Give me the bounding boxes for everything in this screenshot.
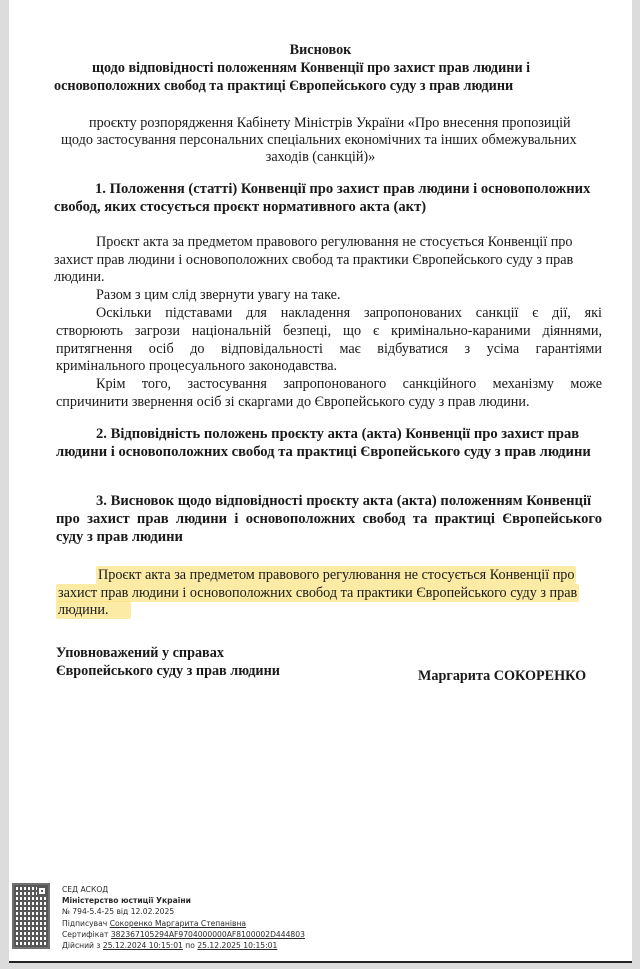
s1-p3-line-4: кримінального процесуального законодавст… <box>56 357 337 375</box>
highlighted-conclusion-line-3: людини. <box>56 601 131 619</box>
highlighted-conclusion-line-1: Проєкт акта за предметом правового регул… <box>96 566 576 584</box>
stamp-validity-row: Дійсний з 25.12.2024 10:15:01 по 25.12.2… <box>62 940 305 951</box>
stamp-certificate-label: Сертифікат <box>62 930 108 939</box>
section-1-heading-line-2: свобод, яких стосується проєкт нормативн… <box>54 198 426 216</box>
document-page: Висновок щодо відповідності положенням К… <box>9 0 632 963</box>
signatory-position-line-1: Уповноважений у справах <box>56 644 224 662</box>
section-2-heading-line-1: 2. Відповідність положень проєкту акта (… <box>96 425 579 443</box>
section-3-heading-line-1: 3. Висновок щодо відповідності проєкту а… <box>96 492 591 510</box>
stamp-valid-to: 25.12.2025 10:15:01 <box>197 941 277 950</box>
stamp-system: СЕД АСКОД <box>62 884 305 895</box>
project-line-2: щодо застосування персональних спеціальн… <box>61 131 577 149</box>
stamp-certificate-row: Сертифікат 382367105294AF9704000000AF810… <box>62 929 305 940</box>
stamp-organization: Міністерство юстиції України <box>62 895 305 906</box>
s1-p4-line-2: спричинити звернення осіб зі скаргами до… <box>56 393 530 411</box>
s1-p3-line-1: Оскільки підставами для накладення запро… <box>96 304 602 322</box>
s1-p1-line-3: людини. <box>54 268 105 286</box>
stamp-signer-label: Підписувач <box>62 919 107 928</box>
stamp-certificate: 382367105294AF9704000000AF8100002D444803 <box>111 930 305 939</box>
highlight-mark: Проєкт акта за предметом правового регул… <box>96 566 576 584</box>
stamp-valid-from: 25.12.2024 10:15:01 <box>103 941 183 950</box>
stamp-valid-to-label: по <box>185 941 195 950</box>
s1-p2-line-1: Разом з цим слід звернути увагу на таке. <box>96 286 341 304</box>
document-title: Висновок <box>9 41 632 59</box>
signatory-position-line-2: Європейського суду з прав людини <box>56 662 280 680</box>
s1-p4-line-1: Крім того, застосування запропонованого … <box>96 375 602 393</box>
project-line-1: проєкту розпорядження Кабінету Міністрів… <box>89 114 571 132</box>
e-signature-stamp: СЕД АСКОД Міністерство юстиції України №… <box>9 881 329 959</box>
section-2-heading-line-2: людини і основоположних свобод та практи… <box>56 443 591 461</box>
stamp-valid-label: Дійсний з <box>62 941 100 950</box>
project-line-3: заходів (санкцій)» <box>9 148 632 166</box>
section-3-heading-line-2: про захист прав людини і основоположних … <box>56 510 602 528</box>
s1-p1-line-2: захист прав людини і основоположних своб… <box>54 251 573 269</box>
s1-p3-line-3: притягнення осіб до відповідальності має… <box>56 340 602 358</box>
document-subtitle-line-1: щодо відповідності положенням Конвенції … <box>92 59 530 77</box>
qr-code-icon <box>12 883 50 949</box>
highlighted-conclusion-line-2: захист прав людини і основоположних своб… <box>56 584 579 602</box>
signatory-name: Маргарита СОКОРЕНКО <box>418 667 586 685</box>
document-subtitle-line-2: основоположних свобод та практиці Європе… <box>54 77 513 95</box>
s1-p1-line-1: Проєкт акта за предметом правового регул… <box>96 233 572 251</box>
highlight-mark: захист прав людини і основоположних своб… <box>56 584 579 602</box>
highlight-mark: людини. <box>56 601 131 619</box>
stamp-signer-row: Підписувач Сокоренко Маргарита Степанівн… <box>62 918 305 929</box>
s1-p3-line-2: створюють загрози національній безпеці, … <box>56 322 602 340</box>
stamp-signer: Сокоренко Маргарита Степанівна <box>110 919 246 928</box>
stamp-registration: № 794-5.4-25 від 12.02.2025 <box>62 906 305 917</box>
section-1-heading-line-1: 1. Положення (статті) Конвенції про захи… <box>95 180 590 198</box>
section-3-heading-line-3: суду з прав людини <box>56 528 183 546</box>
